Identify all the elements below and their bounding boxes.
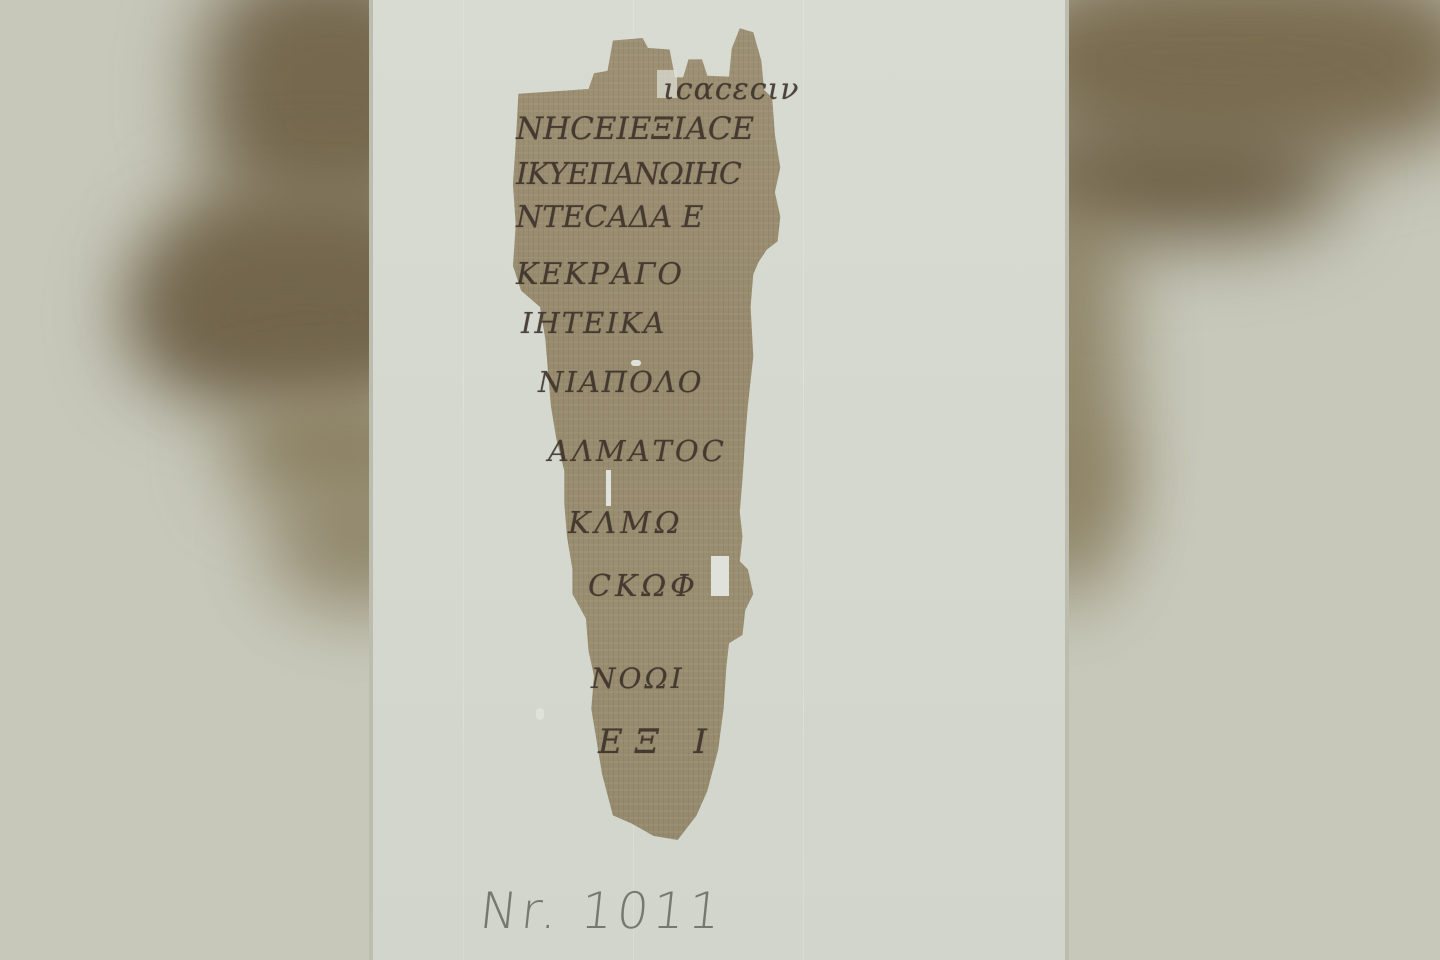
papyrus-hole (606, 470, 611, 506)
script-line: ΝΗCΕΙΕΞΙΑCΕ (516, 111, 754, 147)
photo-frame: ιcαcεcιν ΝΗCΕΙΕΞΙΑCΕ ΙΚΥΕΠΑΝΩΙΗC ΝΤΕCΑΔΑ… (0, 0, 1440, 960)
script-line: ΝΤΕCΑΔΑ Ε (516, 200, 704, 235)
script-line: ΑΛΜΑΤΟC (548, 434, 727, 468)
script-line: ΝΙΑΠΟΛΟ (538, 365, 704, 399)
script-line: ΙΚΥΕΠΑΝΩΙΗC (516, 157, 741, 192)
papyrus-fragment: ιcαcεcιν ΝΗCΕΙΕΞΙΑCΕ ΙΚΥΕΠΑΝΩΙΗC ΝΤΕCΑΔΑ… (373, 0, 1065, 960)
blur-shape (130, 230, 373, 400)
catalog-number-label: Nr. 1011 (477, 882, 728, 940)
script-line: ΕΞ Ι (598, 722, 719, 762)
blur-shape (270, 470, 373, 610)
papyrus-hole (711, 556, 729, 596)
script-line: ΙΗΤΕΙΚΑ (521, 306, 666, 340)
backdrop-edge (1065, 0, 1069, 960)
script-line: ΚΕΚΡΑΓΟ (516, 257, 684, 292)
blurred-backdrop-left (0, 0, 373, 960)
script-line: ΚΛΜΩ (568, 506, 684, 541)
papyrus-mount: ιcαcεcιν ΝΗCΕΙΕΞΙΑCΕ ΙΚΥΕΠΑΝΩΙΗC ΝΤΕCΑΔΑ… (373, 0, 1065, 960)
script-line: ιcαcεcιν (663, 72, 800, 107)
script-line: CΚΩΦ (588, 569, 699, 604)
blurred-backdrop-right (1065, 0, 1440, 960)
script-line: ΝΟΩΙ (591, 662, 685, 695)
papyrus-hole (536, 708, 544, 720)
